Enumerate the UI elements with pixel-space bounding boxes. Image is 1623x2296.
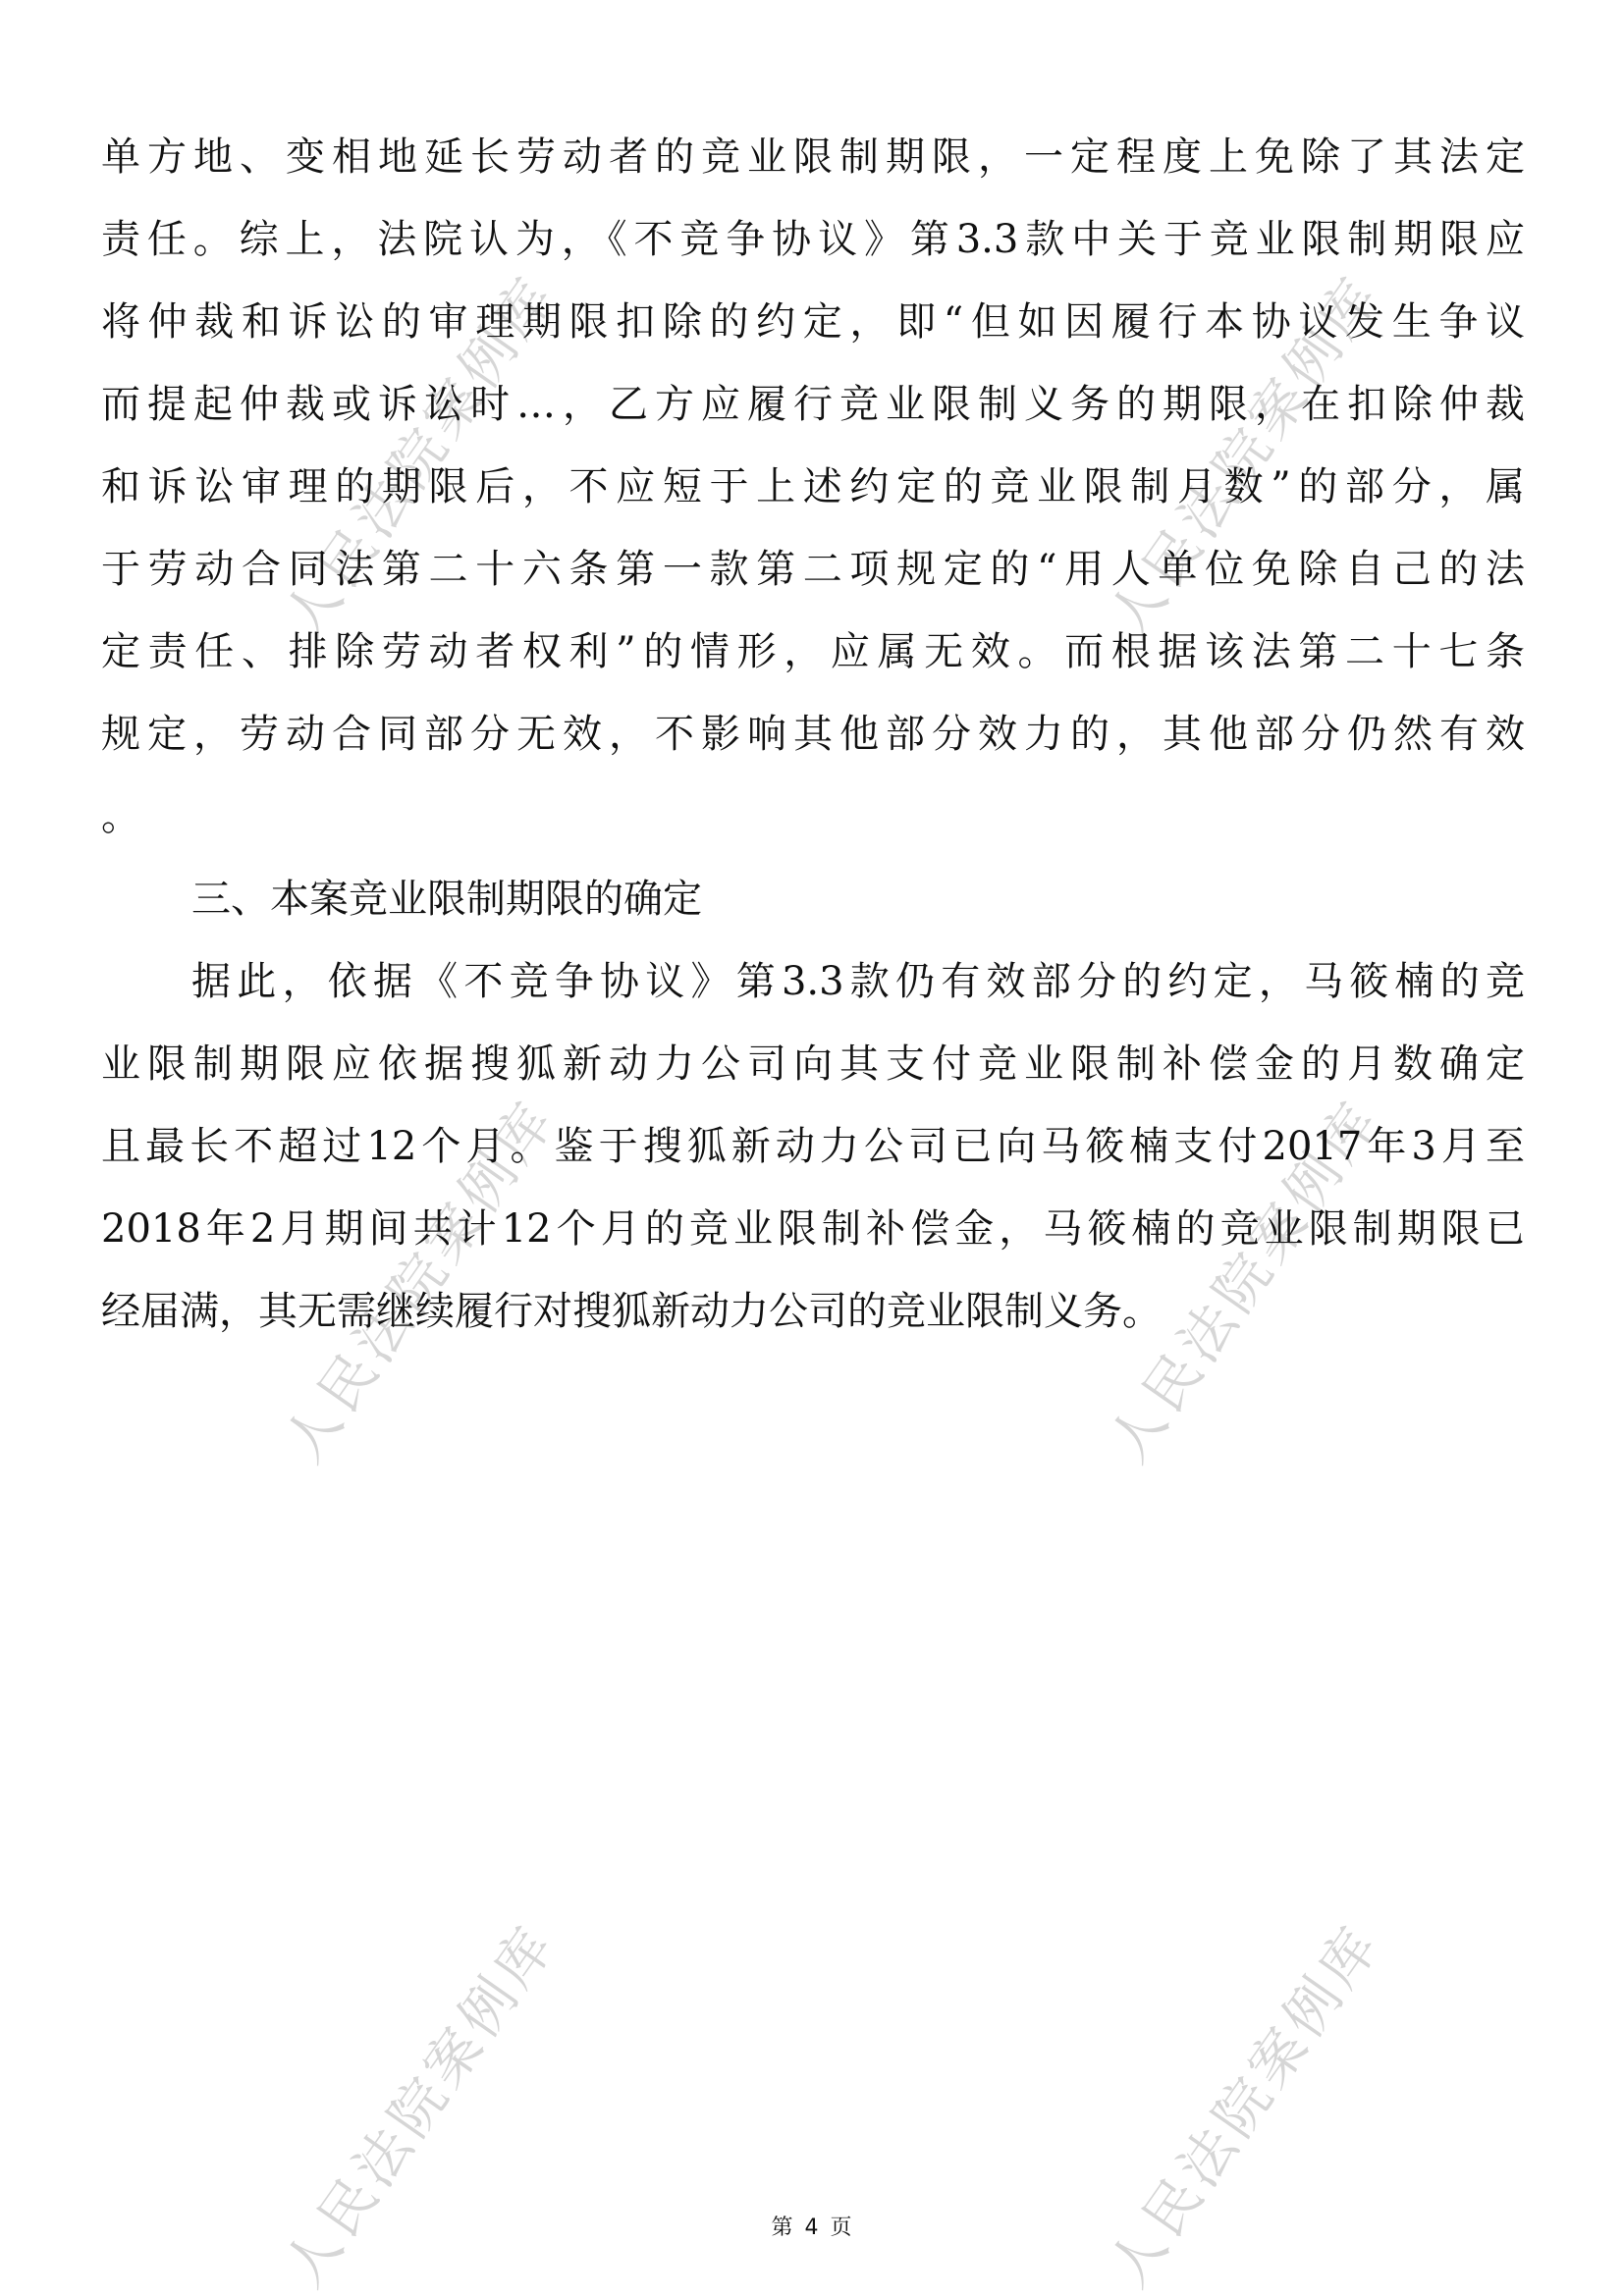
- document-body: 单方地、变相地延长劳动者的竞业限制期限，一定程度上免除了其法定 责任。综上，法院…: [101, 116, 1525, 1353]
- document-page: 人民法院案例库 人民法院案例库 人民法院案例库 人民法院案例库 人民法院案例库 …: [0, 0, 1623, 2296]
- page-number-suffix: 页: [831, 2216, 852, 2240]
- section-heading: 三、本案竞业限制期限的确定: [101, 858, 1525, 940]
- text-line: 且最长不超过12个月。鉴于搜狐新动力公司已向马筱楠支付2017年3月至: [101, 1105, 1525, 1188]
- page-number-prefix: 第: [771, 2216, 792, 2240]
- text-line: 而提起仲裁或诉讼时…，乙方应履行竞业限制义务的期限，在扣除仲裁: [101, 363, 1525, 446]
- text-line: 规定，劳动合同部分无效，不影响其他部分效力的，其他部分仍然有效: [101, 693, 1525, 775]
- text-line: 定责任、排除劳动者权利”的情形，应属无效。而根据该法第二十七条: [101, 611, 1525, 693]
- text-line: 将仲裁和诉讼的审理期限扣除的约定，即“但如因履行本协议发生争议: [101, 281, 1525, 363]
- text-line: 业限制期限应依据搜狐新动力公司向其支付竞业限制补偿金的月数确定: [101, 1023, 1525, 1105]
- text-line: 据此，依据《不竞争协议》第3.3款仍有效部分的约定，马筱楠的竞: [101, 940, 1525, 1023]
- text-line: 责任。综上，法院认为，《不竞争协议》第3.3款中关于竞业限制期限应: [101, 198, 1525, 281]
- text-line: 。: [101, 775, 1525, 858]
- text-line: 于劳动合同法第二十六条第一款第二项规定的“用人单位免除自己的法: [101, 528, 1525, 611]
- text-line: 单方地、变相地延长劳动者的竞业限制期限，一定程度上免除了其法定: [101, 116, 1525, 198]
- text-line: 2018年2月期间共计12个月的竞业限制补偿金，马筱楠的竞业限制期限已: [101, 1188, 1525, 1270]
- paragraph-1: 单方地、变相地延长劳动者的竞业限制期限，一定程度上免除了其法定 责任。综上，法院…: [101, 116, 1525, 858]
- text-line: 经届满，其无需继续履行对搜狐新动力公司的竞业限制义务。: [101, 1270, 1525, 1353]
- page-footer: 第4页: [0, 2211, 1623, 2241]
- page-number: 4: [805, 2216, 819, 2240]
- paragraph-2: 据此，依据《不竞争协议》第3.3款仍有效部分的约定，马筱楠的竞 业限制期限应依据…: [101, 940, 1525, 1353]
- text-line: 和诉讼审理的期限后，不应短于上述约定的竞业限制月数”的部分，属: [101, 446, 1525, 528]
